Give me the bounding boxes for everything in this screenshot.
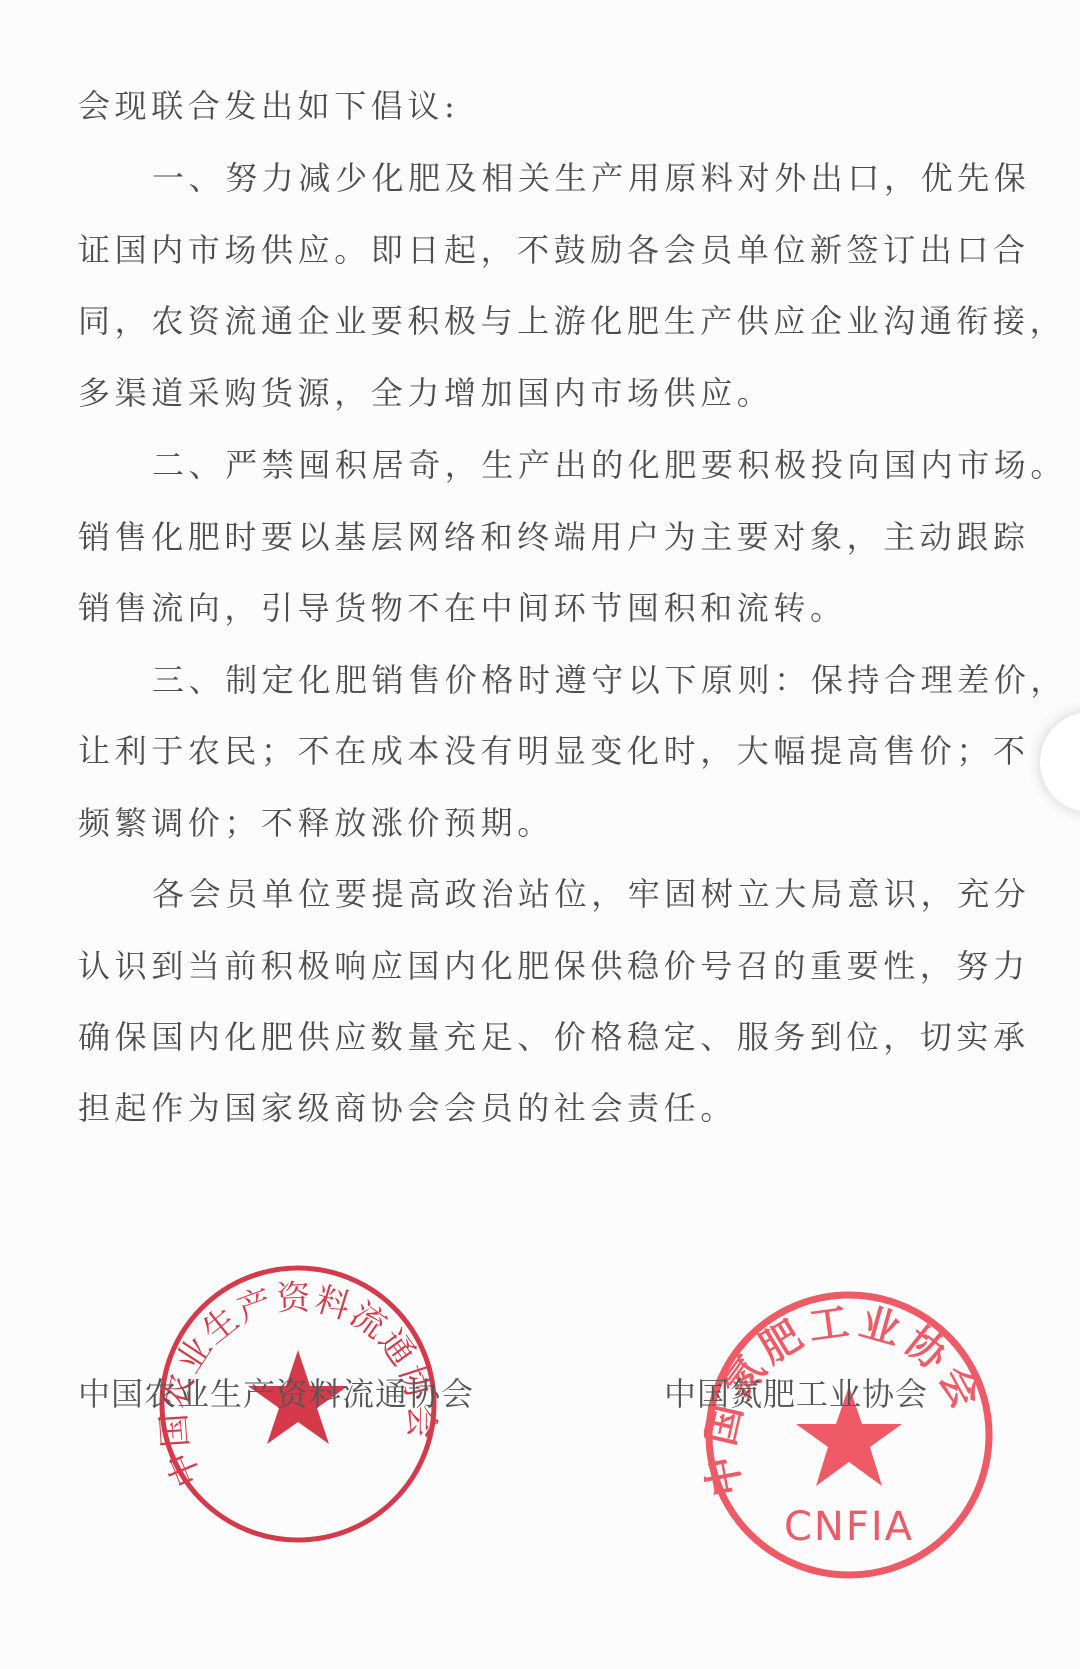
item-1-line-4: 多渠道采购货源，全力增加国内市场供应。	[78, 373, 1038, 413]
item-2-line-2: 销售化肥时要以基层网络和终端用户为主要对象，主动跟踪	[78, 517, 1038, 557]
seal-icon: 中国氮肥工业协会 CNFIA	[704, 1290, 994, 1580]
item-2-line-3: 销售流向，引导货物不在中间环节囤积和流转。	[78, 588, 1038, 628]
item-1-line-3: 同，农资流通企业要积极与上游化肥生产供应企业沟通衔接，	[78, 301, 1038, 341]
signature-right: 中国氮肥工业协会	[664, 1374, 928, 1414]
intro-line: 会现联合发出如下倡议:	[78, 86, 1038, 126]
closing-line-2: 认识到当前积极响应国内化肥保供稳价号召的重要性，努力	[78, 946, 1038, 986]
stamp-right: 中国氮肥工业协会 CNFIA	[704, 1290, 994, 1580]
item-2-line-1: 二、严禁囤积居奇，生产出的化肥要积极投向国内市场。	[152, 445, 1080, 485]
item-1-line-2: 证国内市场供应。即日起，不鼓励各会员单位新签订出口合	[78, 230, 1038, 270]
item-3-line-2: 让利于农民；不在成本没有明显变化时，大幅提高售价；不	[78, 731, 1038, 771]
stamp-right-abbr: CNFIA	[784, 1504, 914, 1550]
item-3-line-1: 三、制定化肥销售价格时遵守以下原则：保持合理差价，	[152, 660, 1080, 700]
document-page: 会现联合发出如下倡议: 一、努力减少化肥及相关生产用原料对外出口，优先保 证国内…	[0, 0, 1080, 1669]
closing-line-4: 担起作为国家级商协会会员的社会责任。	[78, 1088, 1038, 1128]
item-3-line-3: 频繁调价；不释放涨价预期。	[78, 803, 1038, 843]
floating-assistive-button[interactable]	[1040, 712, 1080, 812]
closing-line-1: 各会员单位要提高政治站位，牢固树立大局意识，充分	[152, 874, 1080, 914]
closing-line-3: 确保国内化肥供应数量充足、价格稳定、服务到位，切实承	[78, 1017, 1038, 1057]
signature-left: 中国农业生产资料流通协会	[78, 1374, 474, 1414]
item-1-line-1: 一、努力减少化肥及相关生产用原料对外出口，优先保	[152, 158, 1080, 198]
